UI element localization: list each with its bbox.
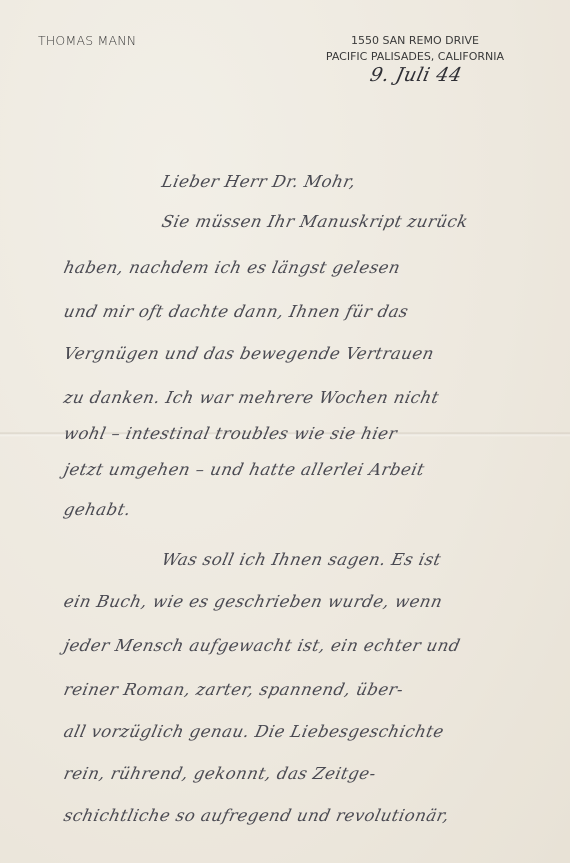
letterhead-address: 1550 SAN REMO DRIVE PACIFIC PALISADES, C…	[326, 33, 504, 65]
body-line: jeder Mensch aufgewacht ist, ein echter …	[62, 636, 462, 655]
body-line: und mir oft dachte dann, Ihnen für das	[62, 302, 410, 321]
letter-page: THOMAS MANN 1550 SAN REMO DRIVE PACIFIC …	[0, 0, 570, 863]
address-line-1: 1550 SAN REMO DRIVE	[326, 33, 504, 49]
salutation: Lieber Herr Dr. Mohr,	[160, 172, 358, 191]
body-line: Sie müssen Ihr Manuskript zurück	[160, 212, 470, 231]
letter-date: 9. Juli 44	[368, 64, 464, 86]
body-line: reiner Roman, zarter, spannend, über-	[62, 680, 405, 699]
body-line: gehabt.	[62, 500, 133, 519]
body-line: Was soll ich Ihnen sagen. Es ist	[160, 550, 443, 569]
letterhead-name: THOMAS MANN	[38, 33, 136, 48]
body-line: Vergnügen und das bewegende Vertrauen	[62, 344, 436, 363]
body-line: ein Buch, wie es geschrieben wurde, wenn	[62, 592, 444, 611]
body-line: all vorzüglich genau. Die Liebesgeschich…	[62, 722, 446, 741]
body-line: rein, rührend, gekonnt, das Zeitge-	[62, 764, 378, 783]
body-line: schichtliche so aufregend und revolution…	[62, 806, 451, 825]
address-line-2: PACIFIC PALISADES, CALIFORNIA	[326, 49, 504, 65]
body-line: zu danken. Ich war mehrere Wochen nicht	[62, 388, 441, 407]
body-line: jetzt umgehen – und hatte allerlei Arbei…	[62, 460, 426, 479]
body-line: wohl – intestinal troubles wie sie hier	[62, 424, 399, 443]
body-line: haben, nachdem ich es längst gelesen	[62, 258, 402, 277]
